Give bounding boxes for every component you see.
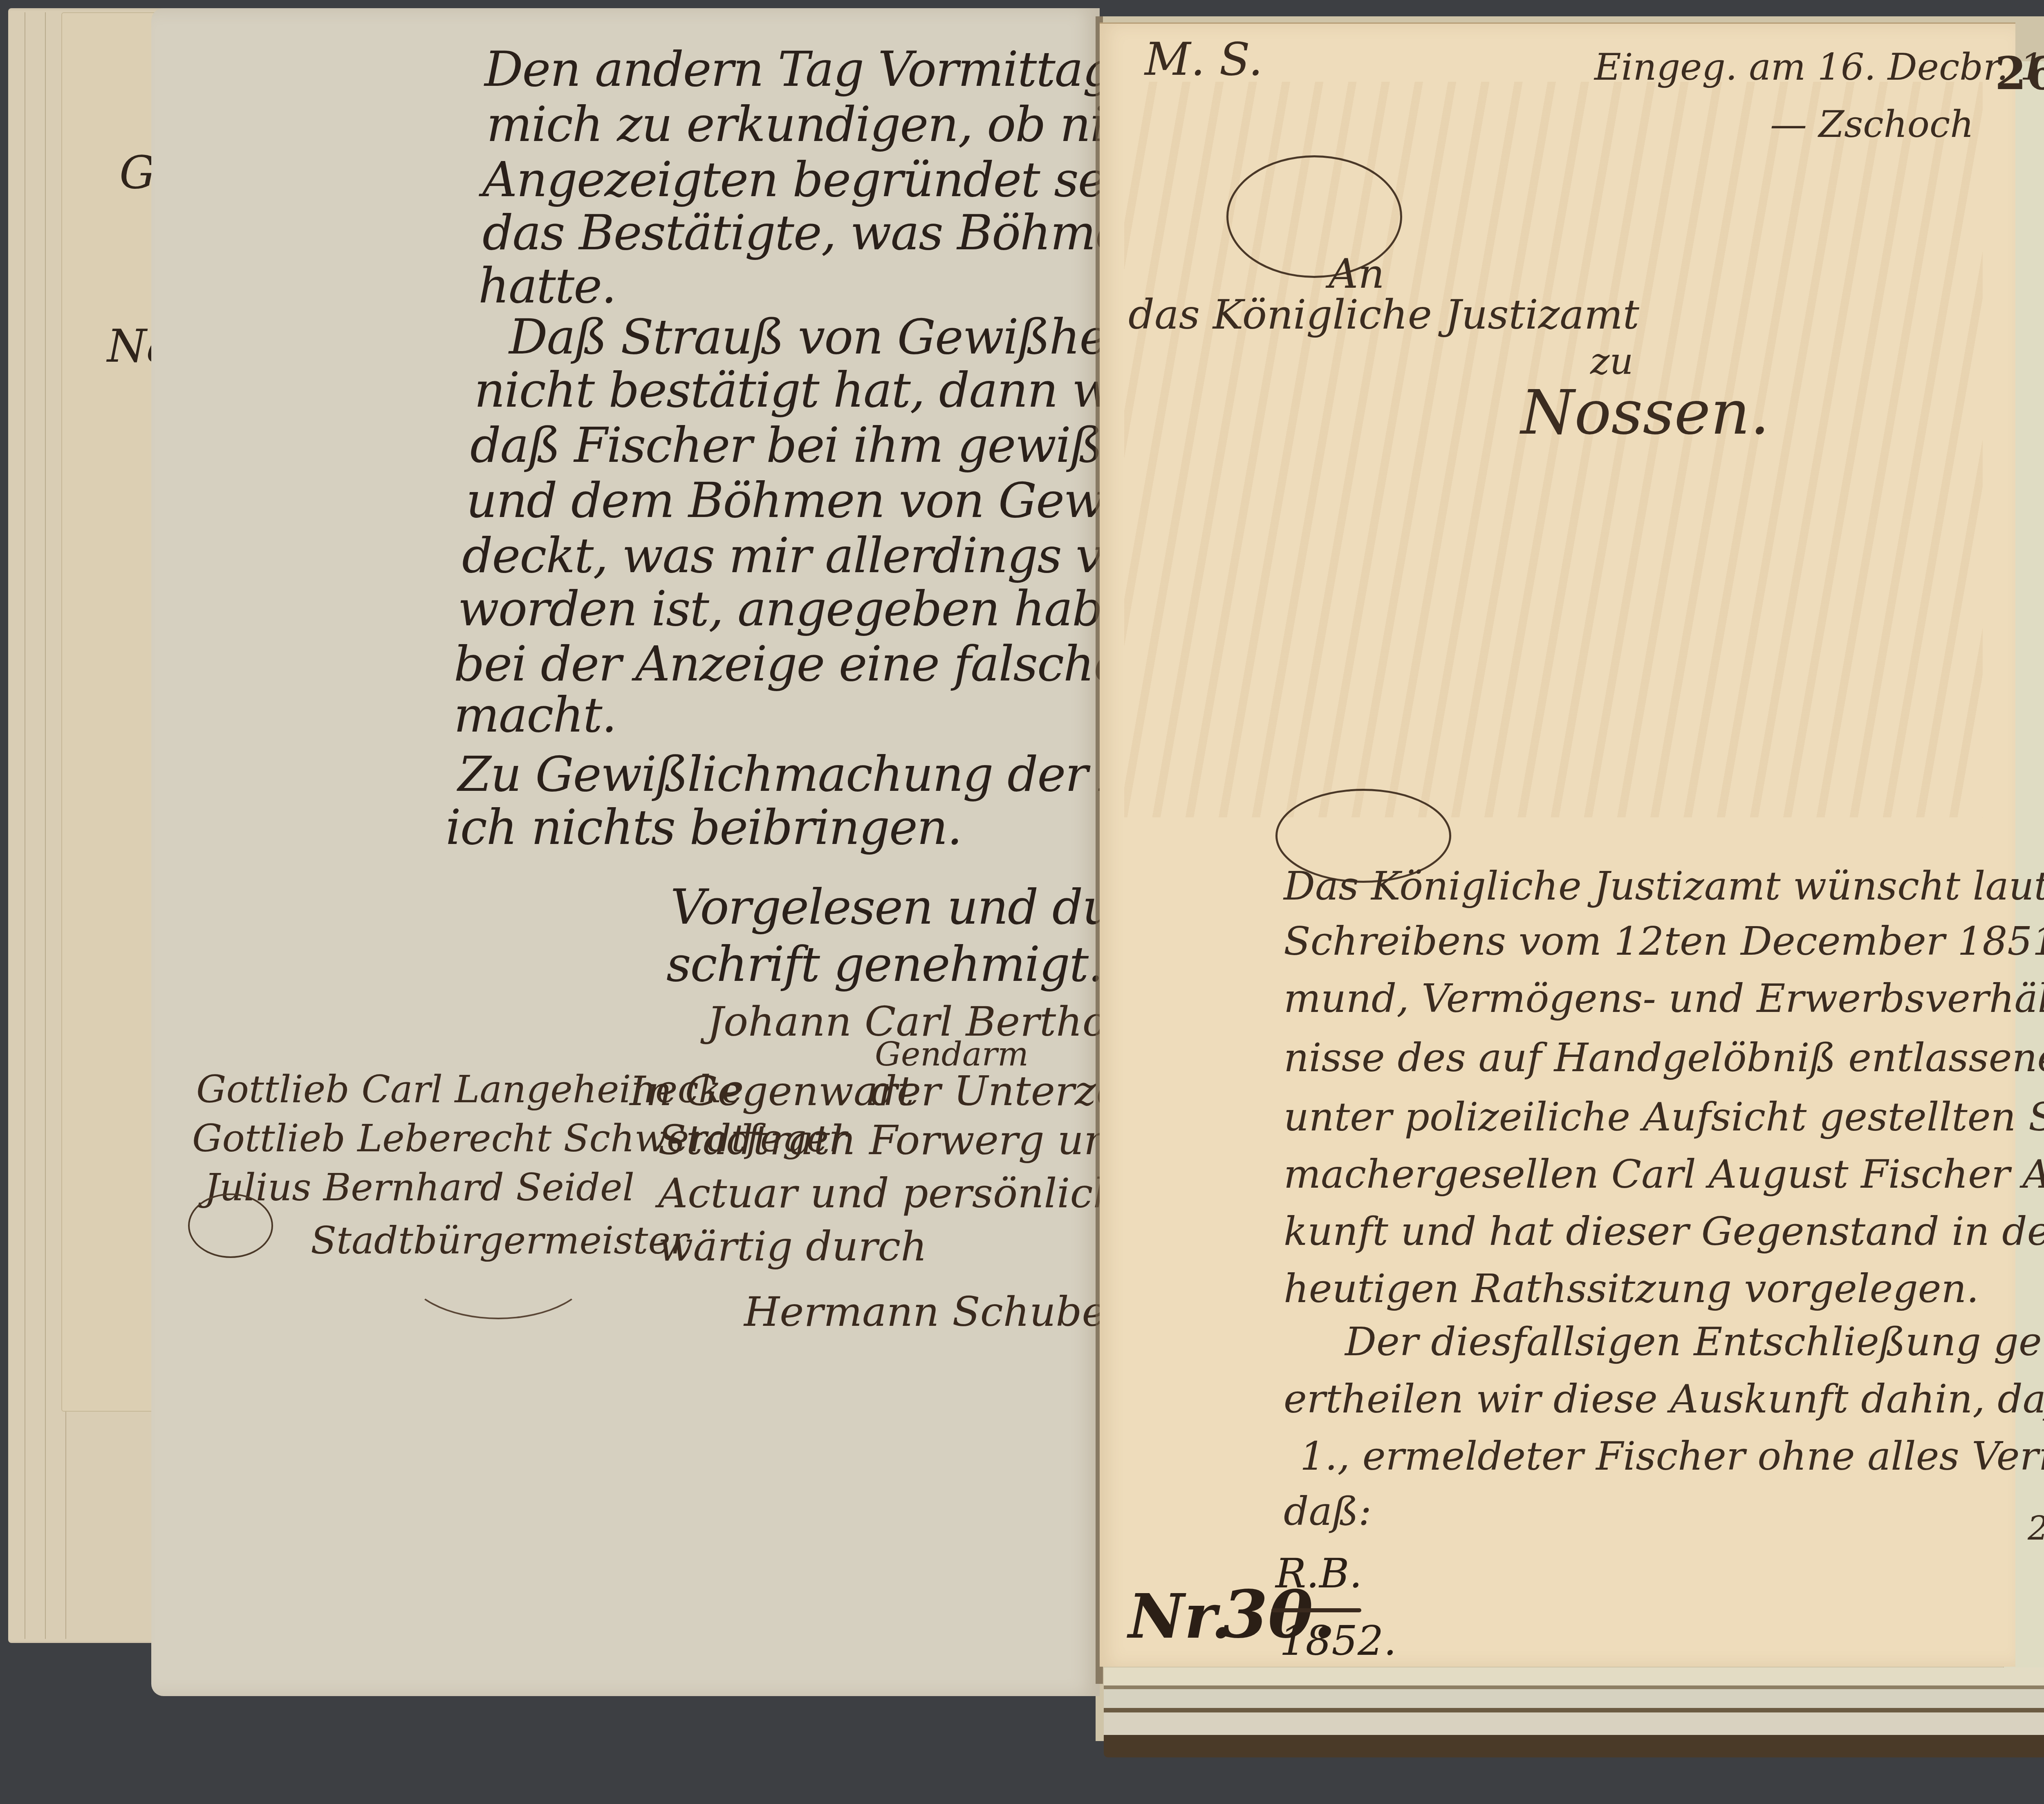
body-line: heutigen Rathssitzung vorgelegen. bbox=[1284, 1269, 1979, 1308]
body-line: machergesellen Carl August Fischer Aus- bbox=[1284, 1155, 2044, 1194]
address-preposition: zu bbox=[1590, 343, 1633, 380]
body-line: nisse des auf Handgelöbniß entlassenen, bbox=[1284, 1038, 2044, 1077]
register-prefix: Nr. bbox=[1128, 1586, 1233, 1647]
gendarm-title: Gendarm bbox=[875, 1038, 1029, 1071]
signature-flourish bbox=[188, 1193, 273, 1258]
leaf-edge bbox=[25, 12, 25, 1639]
fraction-bar bbox=[1271, 1608, 1361, 1612]
register-fraction-bottom: 1852. bbox=[1280, 1620, 1396, 1661]
witness-line: wärtig durch bbox=[658, 1226, 927, 1267]
folio-number: 26. bbox=[1995, 51, 2044, 96]
bottom-leaf-edges bbox=[1104, 1667, 2044, 1757]
address-prefix: An bbox=[1329, 253, 1385, 294]
body-line: Schreibens vom 12ten December 1851. über… bbox=[1284, 922, 2044, 961]
body-line: daß: bbox=[1284, 1492, 1372, 1531]
address-line: das Königliche Justizamt bbox=[1128, 294, 1639, 335]
catchword-mark: 2.) bbox=[2028, 1512, 2044, 1545]
body-line: kunft und hat dieser Gegenstand in der bbox=[1284, 1212, 2044, 1251]
top-left-note: M. S. bbox=[1145, 37, 1263, 82]
body-line: unter polizeiliche Aufsicht gestellten S… bbox=[1284, 1097, 2044, 1137]
address-place: Nossen. bbox=[1521, 382, 1770, 443]
closing-line: schrift genehmigt. bbox=[666, 940, 1103, 988]
signature-flourish bbox=[405, 1218, 592, 1319]
body-line: Der diesfallsigen Entschließung gemäß bbox=[1345, 1322, 2044, 1361]
margin-signature: Gottlieb Leberecht Schwerdtfeger bbox=[192, 1120, 847, 1157]
body-line: mund, Vermögens- und Erwerbsverhält- bbox=[1284, 979, 2044, 1018]
left-text-line: ich nichts beibringen. bbox=[446, 803, 961, 851]
leaf-edge bbox=[45, 12, 46, 1639]
left-text-line: macht. bbox=[454, 691, 616, 739]
margin-signature: Gottlieb Carl Langeheinecke bbox=[196, 1071, 744, 1108]
body-line: Das Königliche Justizamt wünscht laut bbox=[1284, 866, 2044, 906]
body-line: ertheilen wir diese Auskunft dahin, daß: bbox=[1284, 1379, 2044, 1419]
body-line: 1., ermeldeter Fischer ohne alles Vermög… bbox=[1300, 1437, 2044, 1476]
received-signature: — Zschoch bbox=[1770, 106, 1974, 143]
margin-signature: Julius Bernhard Seidel bbox=[204, 1169, 634, 1206]
register-fraction-top: R.B. bbox=[1275, 1553, 1362, 1594]
left-text-line: hatte. bbox=[478, 262, 616, 310]
received-note: Eingeg. am 16. Decbr. 1851 bbox=[1594, 49, 2044, 86]
